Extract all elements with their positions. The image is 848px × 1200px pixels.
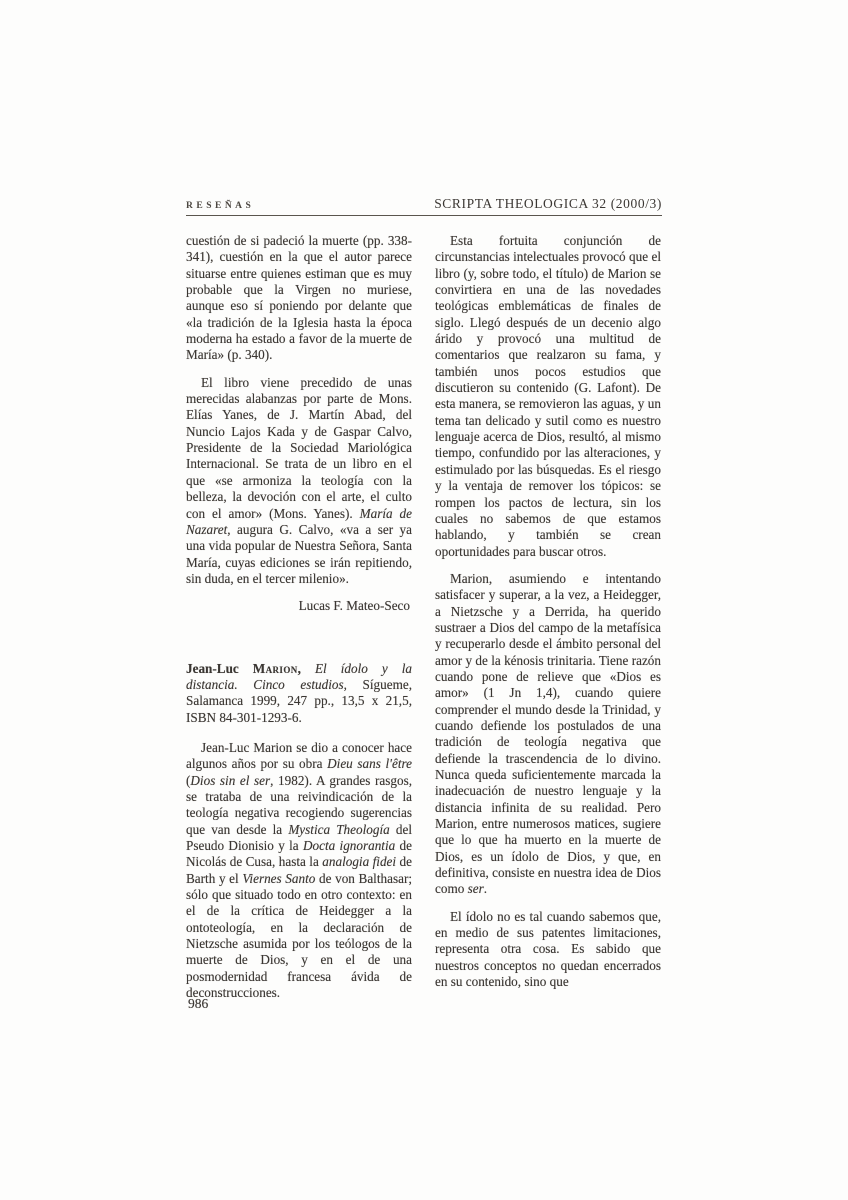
paragraph: Esta fortuita conjunción de circunstanci… [435, 233, 661, 560]
paragraph: Jean-Luc Marion se dio a conocer hace al… [186, 740, 412, 1002]
left-column: cuestión de si padeció la muerte (pp. 33… [186, 233, 412, 1012]
journal-page: RESEÑAS SCRIPTA THEOLOGICA 32 (2000/3) c… [0, 0, 848, 1200]
page-content: RESEÑAS SCRIPTA THEOLOGICA 32 (2000/3) c… [186, 196, 662, 1012]
running-header-journal-title: SCRIPTA THEOLOGICA 32 (2000/3) [434, 196, 662, 212]
paragraph: Marion, asumiendo e intentando satisface… [435, 571, 661, 898]
paragraph-continuation: cuestión de si padeció la muerte (pp. 33… [186, 233, 412, 364]
running-header-section-label: RESEÑAS [186, 201, 254, 211]
two-column-body: cuestión de si padeció la muerte (pp. 33… [186, 233, 662, 1012]
right-column: Esta fortuita conjunción de circunstanci… [435, 233, 661, 1012]
page-number: 986 [188, 996, 208, 1012]
paragraph: El ídolo no es tal cuando sabemos que, e… [435, 909, 661, 991]
header-rule [186, 215, 662, 216]
paragraph: El libro viene precedido de unas merecid… [186, 375, 412, 587]
book-reference-heading: Jean-Luc Marion, El ídolo y la distancia… [186, 661, 412, 726]
running-header: RESEÑAS SCRIPTA THEOLOGICA 32 (2000/3) [186, 196, 662, 212]
review-signature: Lucas F. Mateo-Seco [186, 598, 410, 614]
